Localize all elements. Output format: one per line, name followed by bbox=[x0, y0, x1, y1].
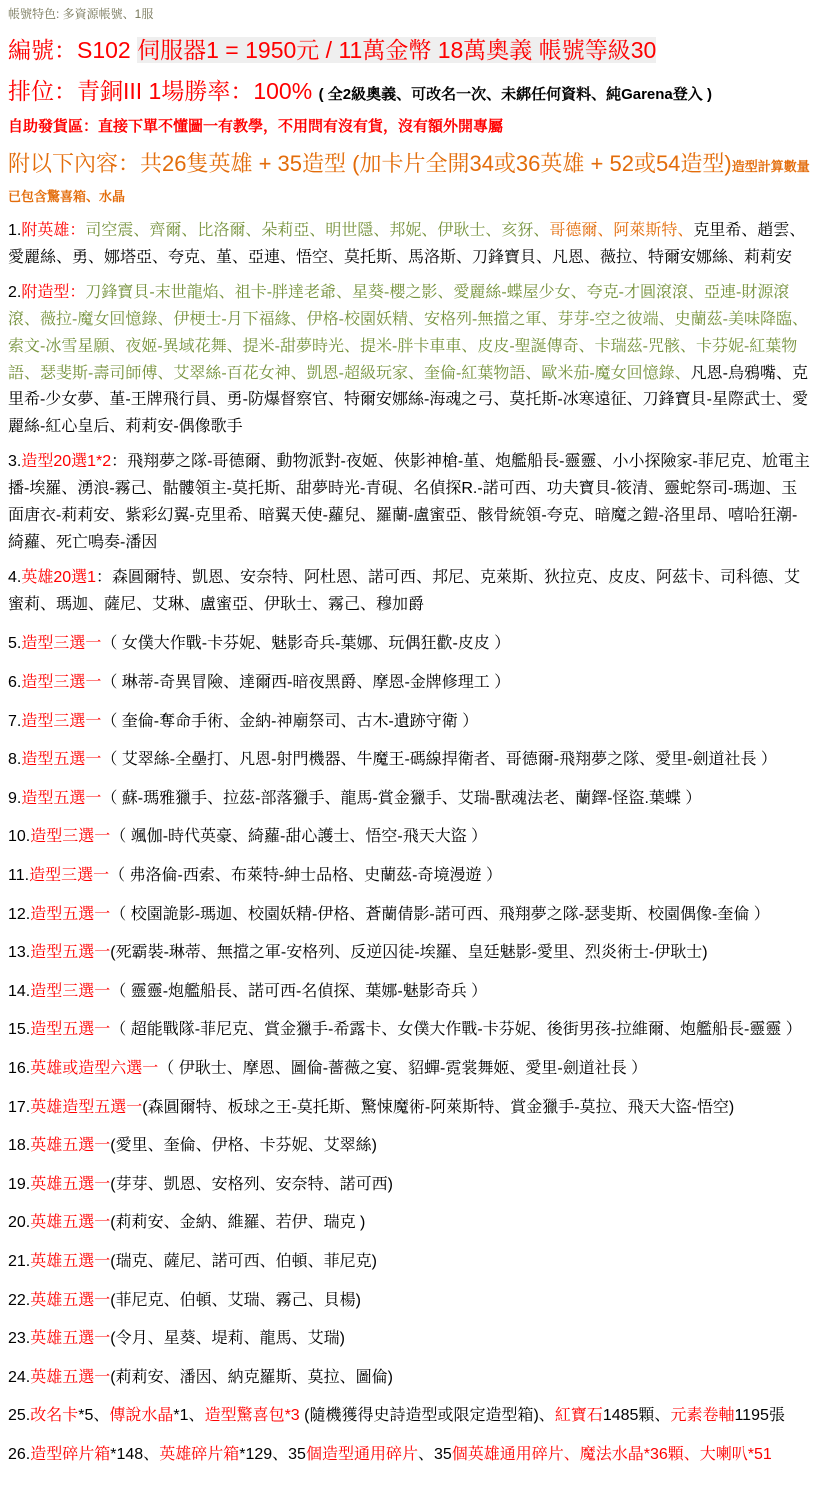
text-segment: 造型五選一 bbox=[21, 790, 101, 807]
item-21: 21.英雄五選一(瑞克、薩尼、諾可西、伯頓、菲尼克) bbox=[8, 1249, 810, 1275]
item-26: 26.造型碎片箱*148、英雄碎片箱*129、35個造型通用碎片、35個英雄通用… bbox=[8, 1442, 810, 1468]
text-segment: 排位：青銅III 1場勝率：100% bbox=[8, 78, 319, 104]
item-7: 7.造型三選一（ 奎倫-奪命手術、金納-神廟祭司、古木-遺跡守衛 ） bbox=[8, 709, 810, 735]
text-segment: 18. bbox=[8, 1137, 30, 1154]
text-segment: 14. bbox=[8, 983, 30, 1000]
text-segment: （ 奎倫-奪命手術、金納-神廟祭司、古木-遺跡守衛 ） bbox=[101, 713, 478, 730]
text-segment: *1、 bbox=[173, 1407, 204, 1424]
rank-winrate-line: 排位：青銅III 1場勝率：100% ( 全2級奧義、可改名一次、未綁任何資料、… bbox=[8, 74, 810, 110]
item-6: 6.造型三選一（ 琳蒂-奇異冒險、達爾西-暗夜黑爵、摩恩-金牌修理工 ） bbox=[8, 670, 810, 696]
text-segment: 12. bbox=[8, 906, 30, 923]
item-4-hero-pick-20-1: 4.英雄20選1：森圓爾特、凱恩、安奈特、阿杜恩、諾可西、邦尼、克萊斯、狄拉克、… bbox=[8, 565, 810, 619]
text-segment: （ 伊耿士、摩恩、圖倫-薔薇之宴、貂蟬-霓裳舞姬、愛里-劍道社長 ） bbox=[158, 1060, 647, 1077]
item-16: 16.英雄或造型六選一（ 伊耿士、摩恩、圖倫-薔薇之宴、貂蟬-霓裳舞姬、愛里-劍… bbox=[8, 1056, 810, 1082]
text-segment: (莉莉安、潘因、納克羅斯、莫拉、圖倫) bbox=[110, 1369, 393, 1386]
text-segment: （ 靈靈-炮艦船長、諾可西-名偵探、葉娜-魅影奇兵 ） bbox=[110, 983, 487, 1000]
text-segment: 造型碎片箱 bbox=[30, 1446, 110, 1463]
text-segment: 英雄碎片箱 bbox=[159, 1446, 239, 1463]
text-segment: 5. bbox=[8, 635, 21, 652]
text-segment: 自助發貨區：直接下單不懂圖一有教學，不用問有沒有貨，沒有額外開專屬 bbox=[8, 118, 503, 135]
text-segment: 編號：S102 bbox=[8, 37, 137, 63]
text-segment: 4. bbox=[8, 569, 21, 586]
text-segment: 26. bbox=[8, 1446, 30, 1463]
text-segment: 造型三選一 bbox=[21, 713, 101, 730]
text-segment: ：飛翔夢之隊-哥德爾、動物派對-夜姬、俠影神槍-堇、炮艦船長-靈靈、小小探險家-… bbox=[8, 453, 810, 551]
text-segment: （ 校園詭影-瑪迦、校園妖精-伊格、蒼蘭倩影-諾可西、飛翔夢之隊-瑟斐斯、校園偶… bbox=[110, 906, 770, 923]
text-segment: 1195張 bbox=[734, 1407, 784, 1424]
text-segment: 英雄五選一 bbox=[30, 1253, 110, 1270]
text-segment: 造型三選一 bbox=[29, 867, 109, 884]
text-segment: 9. bbox=[8, 790, 21, 807]
text-segment: 造型五選一 bbox=[30, 944, 110, 961]
text-segment: (菲尼克、伯頓、艾瑞、霧己、貝楊) bbox=[110, 1292, 361, 1309]
text-segment: 附以下內容：共26隻英雄 + 35造型 (加卡片全開34或36英雄 + 52或5… bbox=[8, 151, 732, 176]
self-serve-note-line: 自助發貨區：直接下單不懂圖一有教學，不用問有沒有貨，沒有額外開專屬 bbox=[8, 116, 810, 139]
item-22: 22.英雄五選一(菲尼克、伯頓、艾瑞、霧己、貝楊) bbox=[8, 1288, 810, 1314]
account-feature-line: 帳號特色: 多資源帳號、1服 bbox=[8, 6, 810, 23]
text-segment: 19. bbox=[8, 1176, 30, 1193]
item-12: 12.造型五選一（ 校園詭影-瑪迦、校園妖精-伊格、蒼蘭倩影-諾可西、飛翔夢之隊… bbox=[8, 902, 810, 928]
item-20: 20.英雄五選一(莉莉安、金納、維羅、若伊、瑞克 ) bbox=[8, 1210, 810, 1236]
text-segment: 21. bbox=[8, 1253, 30, 1270]
listing-lines: 帳號特色: 多資源帳號、1服編號：S102 伺服器1 = 1950元 / 11萬… bbox=[8, 6, 810, 1467]
item-17: 17.英雄造型五選一(森圓爾特、板球之王-莫托斯、驚悚魔術-阿萊斯特、賞金獵手-… bbox=[8, 1095, 810, 1121]
text-segment: 多資源帳號、1服 bbox=[63, 7, 154, 21]
text-segment: 附英雄： bbox=[21, 222, 85, 239]
text-segment: 造型三選一 bbox=[30, 828, 110, 845]
text-segment: (瑞克、薩尼、諾可西、伯頓、菲尼克) bbox=[110, 1253, 377, 1270]
text-segment: 造型驚喜包*3 bbox=[205, 1407, 300, 1424]
text-segment: 伺服器1 = 1950元 / 11萬金幣 18萬奧義 帳號等級30 bbox=[137, 37, 656, 63]
item-9: 9.造型五選一（ 蘇-瑪雅獵手、拉茲-部落獵手、龍馬-賞金獵手、艾瑞-獸魂法老、… bbox=[8, 786, 810, 812]
item-24: 24.英雄五選一(莉莉安、潘因、納克羅斯、莫拉、圖倫) bbox=[8, 1365, 810, 1391]
text-segment: 20. bbox=[8, 1214, 30, 1231]
text-segment: (芽芽、凱恩、安格列、安奈特、諾可西) bbox=[110, 1176, 393, 1193]
text-segment: 哥德爾、阿萊斯特、 bbox=[549, 222, 693, 239]
title-price-line: 編號：S102 伺服器1 = 1950元 / 11萬金幣 18萬奧義 帳號等級3… bbox=[8, 33, 810, 69]
text-segment: （ 女僕大作戰-卡芬妮、魅影奇兵-葉娜、玩偶狂歡-皮皮 ） bbox=[101, 635, 510, 652]
text-segment: (死霸裝-琳蒂、無擋之軍-安格列、反逆囚徒-埃羅、皇廷魅影-愛里、烈炎術士-伊耿… bbox=[110, 944, 707, 961]
item-8: 8.造型五選一（ 艾翠絲-全壘打、凡恩-射門機器、牛魔王-碼線捍衛者、哥德爾-飛… bbox=[8, 747, 810, 773]
text-segment: 英雄五選一 bbox=[30, 1330, 110, 1347]
content-summary-line: 附以下內容：共26隻英雄 + 35造型 (加卡片全開34或36英雄 + 52或5… bbox=[8, 149, 810, 211]
text-segment: (令月、星葵、堤莉、龍馬、艾瑞) bbox=[110, 1330, 345, 1347]
item-23: 23.英雄五選一(令月、星葵、堤莉、龍馬、艾瑞) bbox=[8, 1326, 810, 1352]
text-segment: 英雄五選一 bbox=[30, 1369, 110, 1386]
text-segment: 傳說水晶 bbox=[109, 1407, 173, 1424]
text-segment: 刀鋒寶貝-末世龍焰、祖卡-胖達老爺、星葵-櫻之影、愛麗絲-蝶屋少女、夸克-才圓滾… bbox=[8, 284, 808, 382]
text-segment: 3. bbox=[8, 453, 21, 470]
text-segment: 造型五選一 bbox=[30, 906, 110, 923]
text-segment: 2. bbox=[8, 284, 21, 301]
text-segment: 英雄五選一 bbox=[30, 1176, 110, 1193]
item-5: 5.造型三選一（ 女僕大作戰-卡芬妮、魅影奇兵-葉娜、玩偶狂歡-皮皮 ） bbox=[8, 631, 810, 657]
text-segment: ：森圓爾特、凱恩、安奈特、阿杜恩、諾可西、邦尼、克萊斯、狄拉克、皮皮、阿茲卡、司… bbox=[8, 569, 800, 613]
text-segment: 1485顆、 bbox=[603, 1407, 671, 1424]
text-segment: 6. bbox=[8, 674, 21, 691]
text-segment: 24. bbox=[8, 1369, 30, 1386]
item-19: 19.英雄五選一(芽芽、凱恩、安格列、安奈特、諾可西) bbox=[8, 1172, 810, 1198]
text-segment: 元素卷軸 bbox=[670, 1407, 734, 1424]
item-1-heroes: 1.附英雄：司空震、齊爾、比洛爾、朵莉亞、明世隱、邦妮、伊耿士、亥犽、哥德爾、阿… bbox=[8, 218, 810, 272]
text-segment: 造型三選一 bbox=[21, 674, 101, 691]
text-segment: 15. bbox=[8, 1021, 30, 1038]
text-segment: （ 蘇-瑪雅獵手、拉茲-部落獵手、龍馬-賞金獵手、艾瑞-獸魂法老、蘭鐸-怪盜.葉… bbox=[101, 790, 701, 807]
text-segment: 造型五選一 bbox=[30, 1021, 110, 1038]
text-segment: 7. bbox=[8, 713, 21, 730]
item-25: 25.改名卡*5、傳說水晶*1、造型驚喜包*3 (隨機獲得史詩造型或限定造型箱)… bbox=[8, 1403, 810, 1429]
item-10: 10.造型三選一（ 颯伽-時代英豪、綺蘿-甜心護士、悟空-飛天大盜 ） bbox=[8, 824, 810, 850]
text-segment: 英雄造型五選一 bbox=[30, 1099, 142, 1116]
text-segment: 英雄五選一 bbox=[30, 1137, 110, 1154]
text-segment: (森圓爾特、板球之王-莫托斯、驚悚魔術-阿萊斯特、賞金獵手-莫拉、飛天大盜-悟空… bbox=[142, 1099, 734, 1116]
text-segment: 英雄20選1 bbox=[21, 569, 96, 586]
text-segment: 造型三選一 bbox=[21, 635, 101, 652]
item-3-skin-pick-20-1x2: 3.造型20選1*2：飛翔夢之隊-哥德爾、動物派對-夜姬、俠影神槍-堇、炮艦船長… bbox=[8, 449, 810, 557]
text-segment: *129、35 bbox=[239, 1446, 306, 1463]
text-segment: *5、 bbox=[78, 1407, 109, 1424]
text-segment: *148、 bbox=[110, 1446, 159, 1463]
text-segment: 英雄或造型六選一 bbox=[30, 1060, 158, 1077]
text-segment: 造型20選1*2 bbox=[21, 453, 111, 470]
text-segment: 11. bbox=[8, 867, 29, 884]
text-segment: 帳號特色: bbox=[8, 7, 63, 21]
text-segment: 英雄五選一 bbox=[30, 1292, 110, 1309]
item-14: 14.造型三選一（ 靈靈-炮艦船長、諾可西-名偵探、葉娜-魅影奇兵 ） bbox=[8, 979, 810, 1005]
item-13: 13.造型五選一(死霸裝-琳蒂、無擋之軍-安格列、反逆囚徒-埃羅、皇廷魅影-愛里… bbox=[8, 940, 810, 966]
text-segment: 17. bbox=[8, 1099, 30, 1116]
text-segment: 22. bbox=[8, 1292, 30, 1309]
text-segment: （ 颯伽-時代英豪、綺蘿-甜心護士、悟空-飛天大盜 ） bbox=[110, 828, 487, 845]
text-segment: 13. bbox=[8, 944, 30, 961]
text-segment: （ 弗洛倫-西索、布萊特-紳士品格、史蘭茲-奇境漫遊 ） bbox=[109, 867, 502, 884]
item-18: 18.英雄五選一(愛里、奎倫、伊格、卡芬妮、艾翠絲) bbox=[8, 1133, 810, 1159]
text-segment: 23. bbox=[8, 1330, 30, 1347]
text-segment: 個英雄通用碎片、魔法水晶*36顆、大喇叭*51 bbox=[452, 1446, 772, 1463]
text-segment: 10. bbox=[8, 828, 30, 845]
account-listing: 帳號特色: 多資源帳號、1服編號：S102 伺服器1 = 1950元 / 11萬… bbox=[8, 6, 810, 1467]
text-segment: （ 超能戰隊-菲尼克、賞金獵手-希露卡、女僕大作戰-卡芬妮、後街男孩-拉維爾、炮… bbox=[110, 1021, 802, 1038]
item-15: 15.造型五選一（ 超能戰隊-菲尼克、賞金獵手-希露卡、女僕大作戰-卡芬妮、後街… bbox=[8, 1017, 810, 1043]
text-segment: 改名卡 bbox=[30, 1407, 78, 1424]
text-segment: （ 琳蒂-奇異冒險、達爾西-暗夜黑爵、摩恩-金牌修理工 ） bbox=[101, 674, 510, 691]
text-segment: 英雄五選一 bbox=[30, 1214, 110, 1231]
text-segment: (隨機獲得史詩造型或限定造型箱)、 bbox=[300, 1407, 555, 1424]
text-segment: 25. bbox=[8, 1407, 30, 1424]
text-segment: 司空震、齊爾、比洛爾、朵莉亞、明世隱、邦妮、伊耿士、亥犽、 bbox=[85, 222, 549, 239]
text-segment: 造型三選一 bbox=[30, 983, 110, 1000]
text-segment: 16. bbox=[8, 1060, 30, 1077]
text-segment: 個造型通用碎片 bbox=[306, 1446, 418, 1463]
text-segment: 、35 bbox=[418, 1446, 452, 1463]
text-segment: 8. bbox=[8, 751, 21, 768]
text-segment: 附造型： bbox=[21, 284, 85, 301]
text-segment: (愛里、奎倫、伊格、卡芬妮、艾翠絲) bbox=[110, 1137, 377, 1154]
text-segment: （ 艾翠絲-全壘打、凡恩-射門機器、牛魔王-碼線捍衛者、哥德爾-飛翔夢之隊、愛里… bbox=[101, 751, 777, 768]
text-segment: ( 全2級奧義、可改名一次、未綁任何資料、純Garena登入 ) bbox=[319, 86, 712, 103]
item-2-skins: 2.附造型：刀鋒寶貝-末世龍焰、祖卡-胖達老爺、星葵-櫻之影、愛麗絲-蝶屋少女、… bbox=[8, 280, 810, 441]
item-11: 11.造型三選一（ 弗洛倫-西索、布萊特-紳士品格、史蘭茲-奇境漫遊 ） bbox=[8, 863, 810, 889]
text-segment: 造型五選一 bbox=[21, 751, 101, 768]
text-segment: (莉莉安、金納、維羅、若伊、瑞克 ) bbox=[110, 1214, 365, 1231]
text-segment: 1. bbox=[8, 222, 21, 239]
text-segment: 紅寶石 bbox=[555, 1407, 603, 1424]
